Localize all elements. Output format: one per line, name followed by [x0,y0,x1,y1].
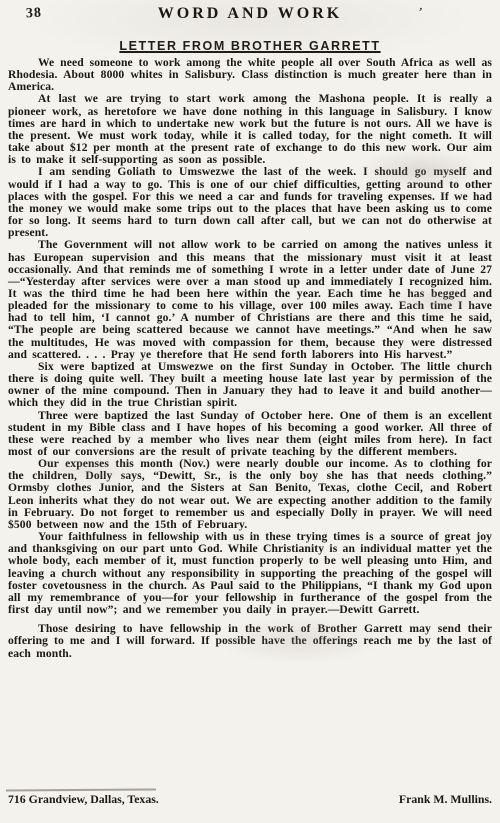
paragraph-8: Your faithfulness in fellowship with us … [8,531,492,616]
paragraph-6: Three were baptized the last Sunday of O… [8,410,492,459]
paragraph-4: The Government will not allow work to be… [8,239,492,361]
paragraph-2: At last we are trying to start work amon… [8,93,492,166]
article-footer: 716 Grandview, Dallas, Texas. Frank M. M… [8,792,492,807]
paragraph-1: We need someone to work among the white … [8,57,492,93]
paragraph-5: Six were baptized at Umswezwe on the fir… [8,361,492,410]
article-title: LETTER FROM BROTHER GARRETT [0,39,500,53]
journal-title: WORD AND WORK [0,5,500,23]
paragraph-3: I am sending Goliath to Umswezwe the las… [8,166,492,239]
footer-address: 716 Grandview, Dallas, Texas. [8,792,159,807]
paragraph-9: Those desiring to have fellowship in the… [8,623,492,659]
footer-signature: Frank M. Mullins. [399,792,492,807]
paragraph-7: Our expenses this month (Nov.) were near… [8,458,492,531]
page-header: 38 WORD AND WORK ’ [0,0,500,31]
scanned-magazine-page: 38 WORD AND WORK ’ LETTER FROM BROTHER G… [0,0,500,823]
page-number: 38 [26,6,43,23]
article-body: We need someone to work among the white … [0,57,500,660]
